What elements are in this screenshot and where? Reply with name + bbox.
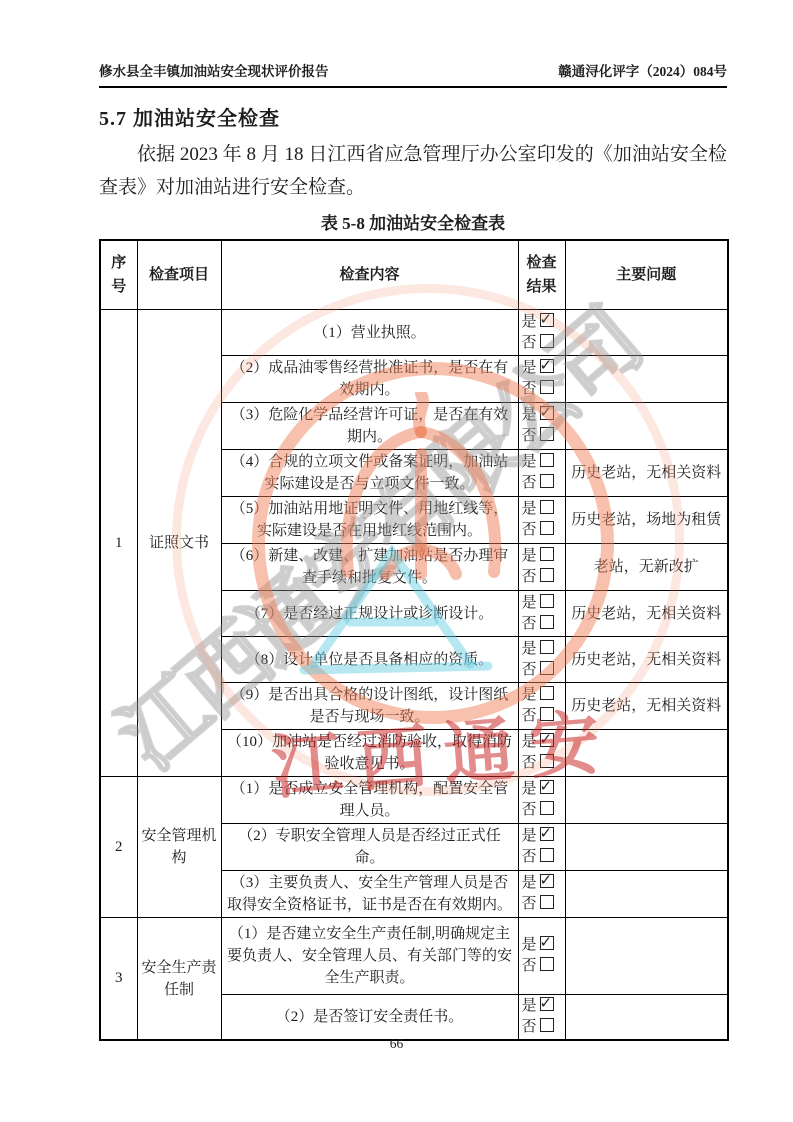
yes-label: 是 [522,687,537,703]
result-cell: 是 否 [518,450,565,497]
issue-cell: 历史老站，场地为租赁 [565,497,728,544]
no-label: 否 [522,428,537,444]
issue-cell [565,730,728,777]
page-number: 66 [0,1036,793,1052]
result-cell: 是 否 [518,918,565,995]
content-cell: （4）合规的立项文件或备案证明，加油站实际建设是否与立项文件一致。 [221,450,518,497]
yes-checkbox [540,686,554,700]
item-cell: 安全生产责任制 [137,918,221,1041]
content-cell: （3）危险化学品经营许可证，是否在有效期内。 [221,403,518,450]
no-checkbox [540,801,554,815]
col-header-seq: 序号 [100,240,137,310]
yes-label: 是 [522,781,537,797]
col-header-item: 检查项目 [137,240,221,310]
yes-checkbox [540,874,554,888]
result-cell: 是 否 [518,356,565,403]
table-row: 1 证照文书 （1）营业执照。 是 否 [100,310,728,356]
content-cell: （6）新建、改建、扩建加油站是否办理审查手续和批复文件。 [221,544,518,591]
report-page: 江西通安有限公司 江西通安 修水县全丰镇加油站安全现状评价报告 赣通浔化 [0,0,793,1122]
content-cell: （9）是否出具合格的设计图纸，设计图纸是否与现场一致。 [221,683,518,730]
issue-cell [565,310,728,356]
yes-label: 是 [522,734,537,750]
result-cell: 是 否 [518,497,565,544]
running-header-left: 修水县全丰镇加油站安全现状评价报告 [99,60,329,80]
no-checkbox [540,380,554,394]
no-checkbox [540,1018,554,1032]
safety-check-table: 序号 检查项目 检查内容 检查结果 主要问题 1 证照文书 （1）营业执照。 是… [99,239,729,1041]
no-checkbox [540,474,554,488]
issue-cell [565,871,728,918]
no-checkbox [540,334,554,348]
result-cell: 是 否 [518,871,565,918]
result-cell: 是 否 [518,730,565,777]
yes-checkbox [540,997,554,1011]
yes-checkbox [540,406,554,420]
content-cell: （1）营业执照。 [221,310,518,356]
item-cell: 证照文书 [137,310,221,777]
no-label: 否 [522,958,537,974]
no-checkbox [540,615,554,629]
result-cell: 是 否 [518,637,565,683]
content-cell: （8）设计单位是否具备相应的资质。 [221,637,518,683]
yes-checkbox [540,733,554,747]
content-cell: （2）是否签订安全责任书。 [221,995,518,1041]
yes-checkbox [540,780,554,794]
col-header-result: 检查结果 [518,240,565,310]
issue-cell: 历史老站，无相关资料 [565,591,728,637]
yes-checkbox [540,500,554,514]
issue-cell [565,995,728,1041]
result-cell: 是 否 [518,995,565,1041]
yes-label: 是 [522,937,537,953]
result-cell: 是 否 [518,683,565,730]
yes-checkbox [540,453,554,467]
issue-cell: 历史老站，无相关资料 [565,450,728,497]
no-label: 否 [522,896,537,912]
yes-checkbox [540,359,554,373]
no-label: 否 [522,616,537,632]
content-cell: （2）成品油零售经营批准证书，是否在有效期内。 [221,356,518,403]
no-checkbox [540,707,554,721]
yes-label: 是 [522,407,537,423]
table-header-row: 序号 检查项目 检查内容 检查结果 主要问题 [100,240,728,310]
no-label: 否 [522,475,537,491]
yes-checkbox [540,313,554,327]
no-label: 否 [522,522,537,538]
issue-cell [565,777,728,824]
no-checkbox [540,661,554,675]
content-cell: （3）主要负责人、安全生产管理人员是否取得安全资格证书，证书是否在有效期内。 [221,871,518,918]
section-title: 5.7 加油站安全检查 [99,102,727,131]
content-cell: （2）专职安全管理人员是否经过正式任命。 [221,824,518,871]
content-cell: （7）是否经过正规设计或诊断设计。 [221,591,518,637]
yes-label: 是 [522,501,537,517]
section-paragraph: 依据 2023 年 8 月 18 日江西省应急管理厅办公室印发的《加油站安全检查… [99,138,727,204]
result-cell: 是 否 [518,591,565,637]
running-header-right: 赣通浔化评字（2024）084号 [558,60,727,80]
yes-label: 是 [522,998,537,1014]
no-checkbox [540,427,554,441]
no-label: 否 [522,335,537,351]
no-label: 否 [522,1019,537,1035]
content-cell: （1）是否成立安全管理机构，配置安全管理人员。 [221,777,518,824]
no-checkbox [540,848,554,862]
yes-checkbox [540,640,554,654]
issue-cell: 历史老站，无相关资料 [565,637,728,683]
result-cell: 是 否 [518,310,565,356]
yes-checkbox [540,827,554,841]
result-cell: 是 否 [518,824,565,871]
no-label: 否 [522,381,537,397]
issue-cell [565,918,728,995]
no-checkbox [540,521,554,535]
yes-label: 是 [522,314,537,330]
content-cell: （5）加油站用地证明文件、用地红线等，实际建设是否在用地红线范围内。 [221,497,518,544]
issue-cell [565,824,728,871]
issue-cell: 历史老站，无相关资料 [565,683,728,730]
seq-cell: 2 [100,777,137,918]
no-label: 否 [522,662,537,678]
table-row: 3 安全生产责任制 （1）是否建立安全生产责任制,明确规定主要负责人、安全管理人… [100,918,728,995]
issue-cell [565,403,728,450]
yes-label: 是 [522,360,537,376]
result-cell: 是 否 [518,777,565,824]
yes-label: 是 [522,548,537,564]
yes-label: 是 [522,875,537,891]
yes-checkbox [540,594,554,608]
seq-cell: 3 [100,918,137,1041]
col-header-content: 检查内容 [221,240,518,310]
yes-checkbox [540,936,554,950]
issue-cell: 老站，无新改扩 [565,544,728,591]
issue-cell [565,356,728,403]
yes-label: 是 [522,454,537,470]
no-checkbox [540,568,554,582]
no-label: 否 [522,802,537,818]
no-label: 否 [522,755,537,771]
seq-cell: 1 [100,310,137,777]
result-cell: 是 否 [518,403,565,450]
yes-label: 是 [522,828,537,844]
no-label: 否 [522,569,537,585]
no-checkbox [540,957,554,971]
content-cell: （1）是否建立安全生产责任制,明确规定主要负责人、安全管理人员、有关部门等的安全… [221,918,518,995]
yes-label: 是 [522,595,537,611]
no-label: 否 [522,708,537,724]
content-cell: （10）加油站是否经过消防验收，取得消防验收意见书。 [221,730,518,777]
yes-checkbox [540,547,554,561]
yes-label: 是 [522,641,537,657]
item-cell: 安全管理机构 [137,777,221,918]
col-header-issue: 主要问题 [565,240,728,310]
table-caption: 表 5-8 加油站安全检查表 [99,209,727,234]
result-cell: 是 否 [518,544,565,591]
table-row: 2 安全管理机构 （1）是否成立安全管理机构，配置安全管理人员。 是 否 [100,777,728,824]
no-checkbox [540,754,554,768]
running-header: 修水县全丰镇加油站安全现状评价报告 赣通浔化评字（2024）084号 [99,60,727,88]
no-checkbox [540,895,554,909]
no-label: 否 [522,849,537,865]
